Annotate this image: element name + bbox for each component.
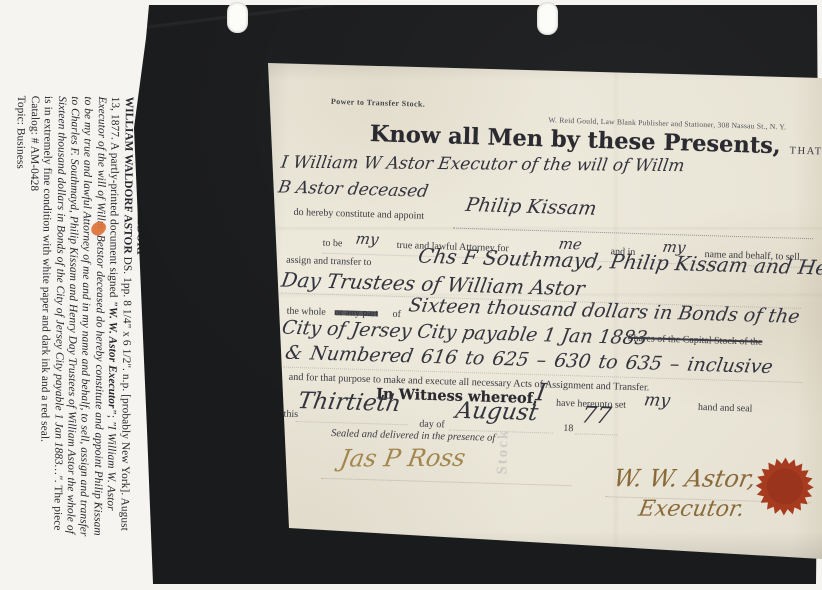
printed-handseal: hand and seal xyxy=(698,402,753,415)
handwritten-my: my xyxy=(642,390,671,411)
signature-line xyxy=(322,478,572,486)
printed-18: 18 xyxy=(563,423,573,434)
punch-hole xyxy=(227,2,248,33)
handwritten-my: my xyxy=(354,230,380,249)
printed-of: of xyxy=(392,309,401,320)
astor-signature: W. W. Astor, xyxy=(611,464,758,492)
witness-signature: Jas P Ross xyxy=(338,444,468,473)
fill-in-line xyxy=(295,421,407,425)
form-label: Power to Transfer Stock. xyxy=(331,97,426,109)
fill-in-line xyxy=(453,228,813,240)
handwritten-numbered: & Numbered 616 to 625 – 630 to 635 – inc… xyxy=(284,342,775,378)
handwritten-appointee: Philip Kissam xyxy=(464,194,598,220)
printed-appoint: do hereby constitute and appoint xyxy=(293,207,424,222)
catalog-segment: . The piece xyxy=(51,480,64,531)
catalog-segment: "I William W. Astor xyxy=(105,421,118,511)
catalog-segment: "W. W. Astor Executor" xyxy=(106,300,119,415)
executor-title: Executor. xyxy=(637,497,747,522)
printed-assign: assign and transfer to xyxy=(286,255,372,269)
handwritten-day: Thirtieth xyxy=(296,388,403,417)
catalog-text: ASTOR, WILLIAM WALDORFWILLIAM WALDORF AS… xyxy=(9,96,148,589)
catalog-description-strip: ASTOR, WILLIAM WALDORFWILLIAM WALDORF AS… xyxy=(1,96,148,589)
printed-dayof: day of xyxy=(419,419,445,431)
heading-that: THAT xyxy=(789,146,822,158)
printed-tobe: to be xyxy=(323,238,343,250)
red-wax-seal xyxy=(753,455,817,519)
ink-showthrough: Stock xyxy=(494,428,512,474)
scanned-document-photo: ASTOR, WILLIAM WALDORFWILLIAM WALDORF AS… xyxy=(0,0,822,590)
catalog-segment: Catalog: # AM-0428 xyxy=(28,96,41,191)
handwritten-month: August xyxy=(454,398,540,426)
handwritten-year: 77 xyxy=(579,403,613,430)
catalog-segment: Topic: Business xyxy=(15,96,28,169)
handwritten-deceased-line: B Astor deceased xyxy=(277,177,430,201)
fill-in-line xyxy=(575,433,617,435)
handwritten-executor-line: I William W Astor Executor of the will o… xyxy=(280,153,686,176)
punch-hole xyxy=(537,2,558,35)
document-content: Power to Transfer Stock. W. Reid Gould, … xyxy=(254,64,822,550)
catalog-segment: 13, 1877. A partly-printed document sign… xyxy=(107,97,121,301)
catalog-segment: WILLIAM WALDORF ASTOR xyxy=(121,97,135,254)
struck-shares-clause: Shares of the Capital Stock of the xyxy=(628,333,763,348)
